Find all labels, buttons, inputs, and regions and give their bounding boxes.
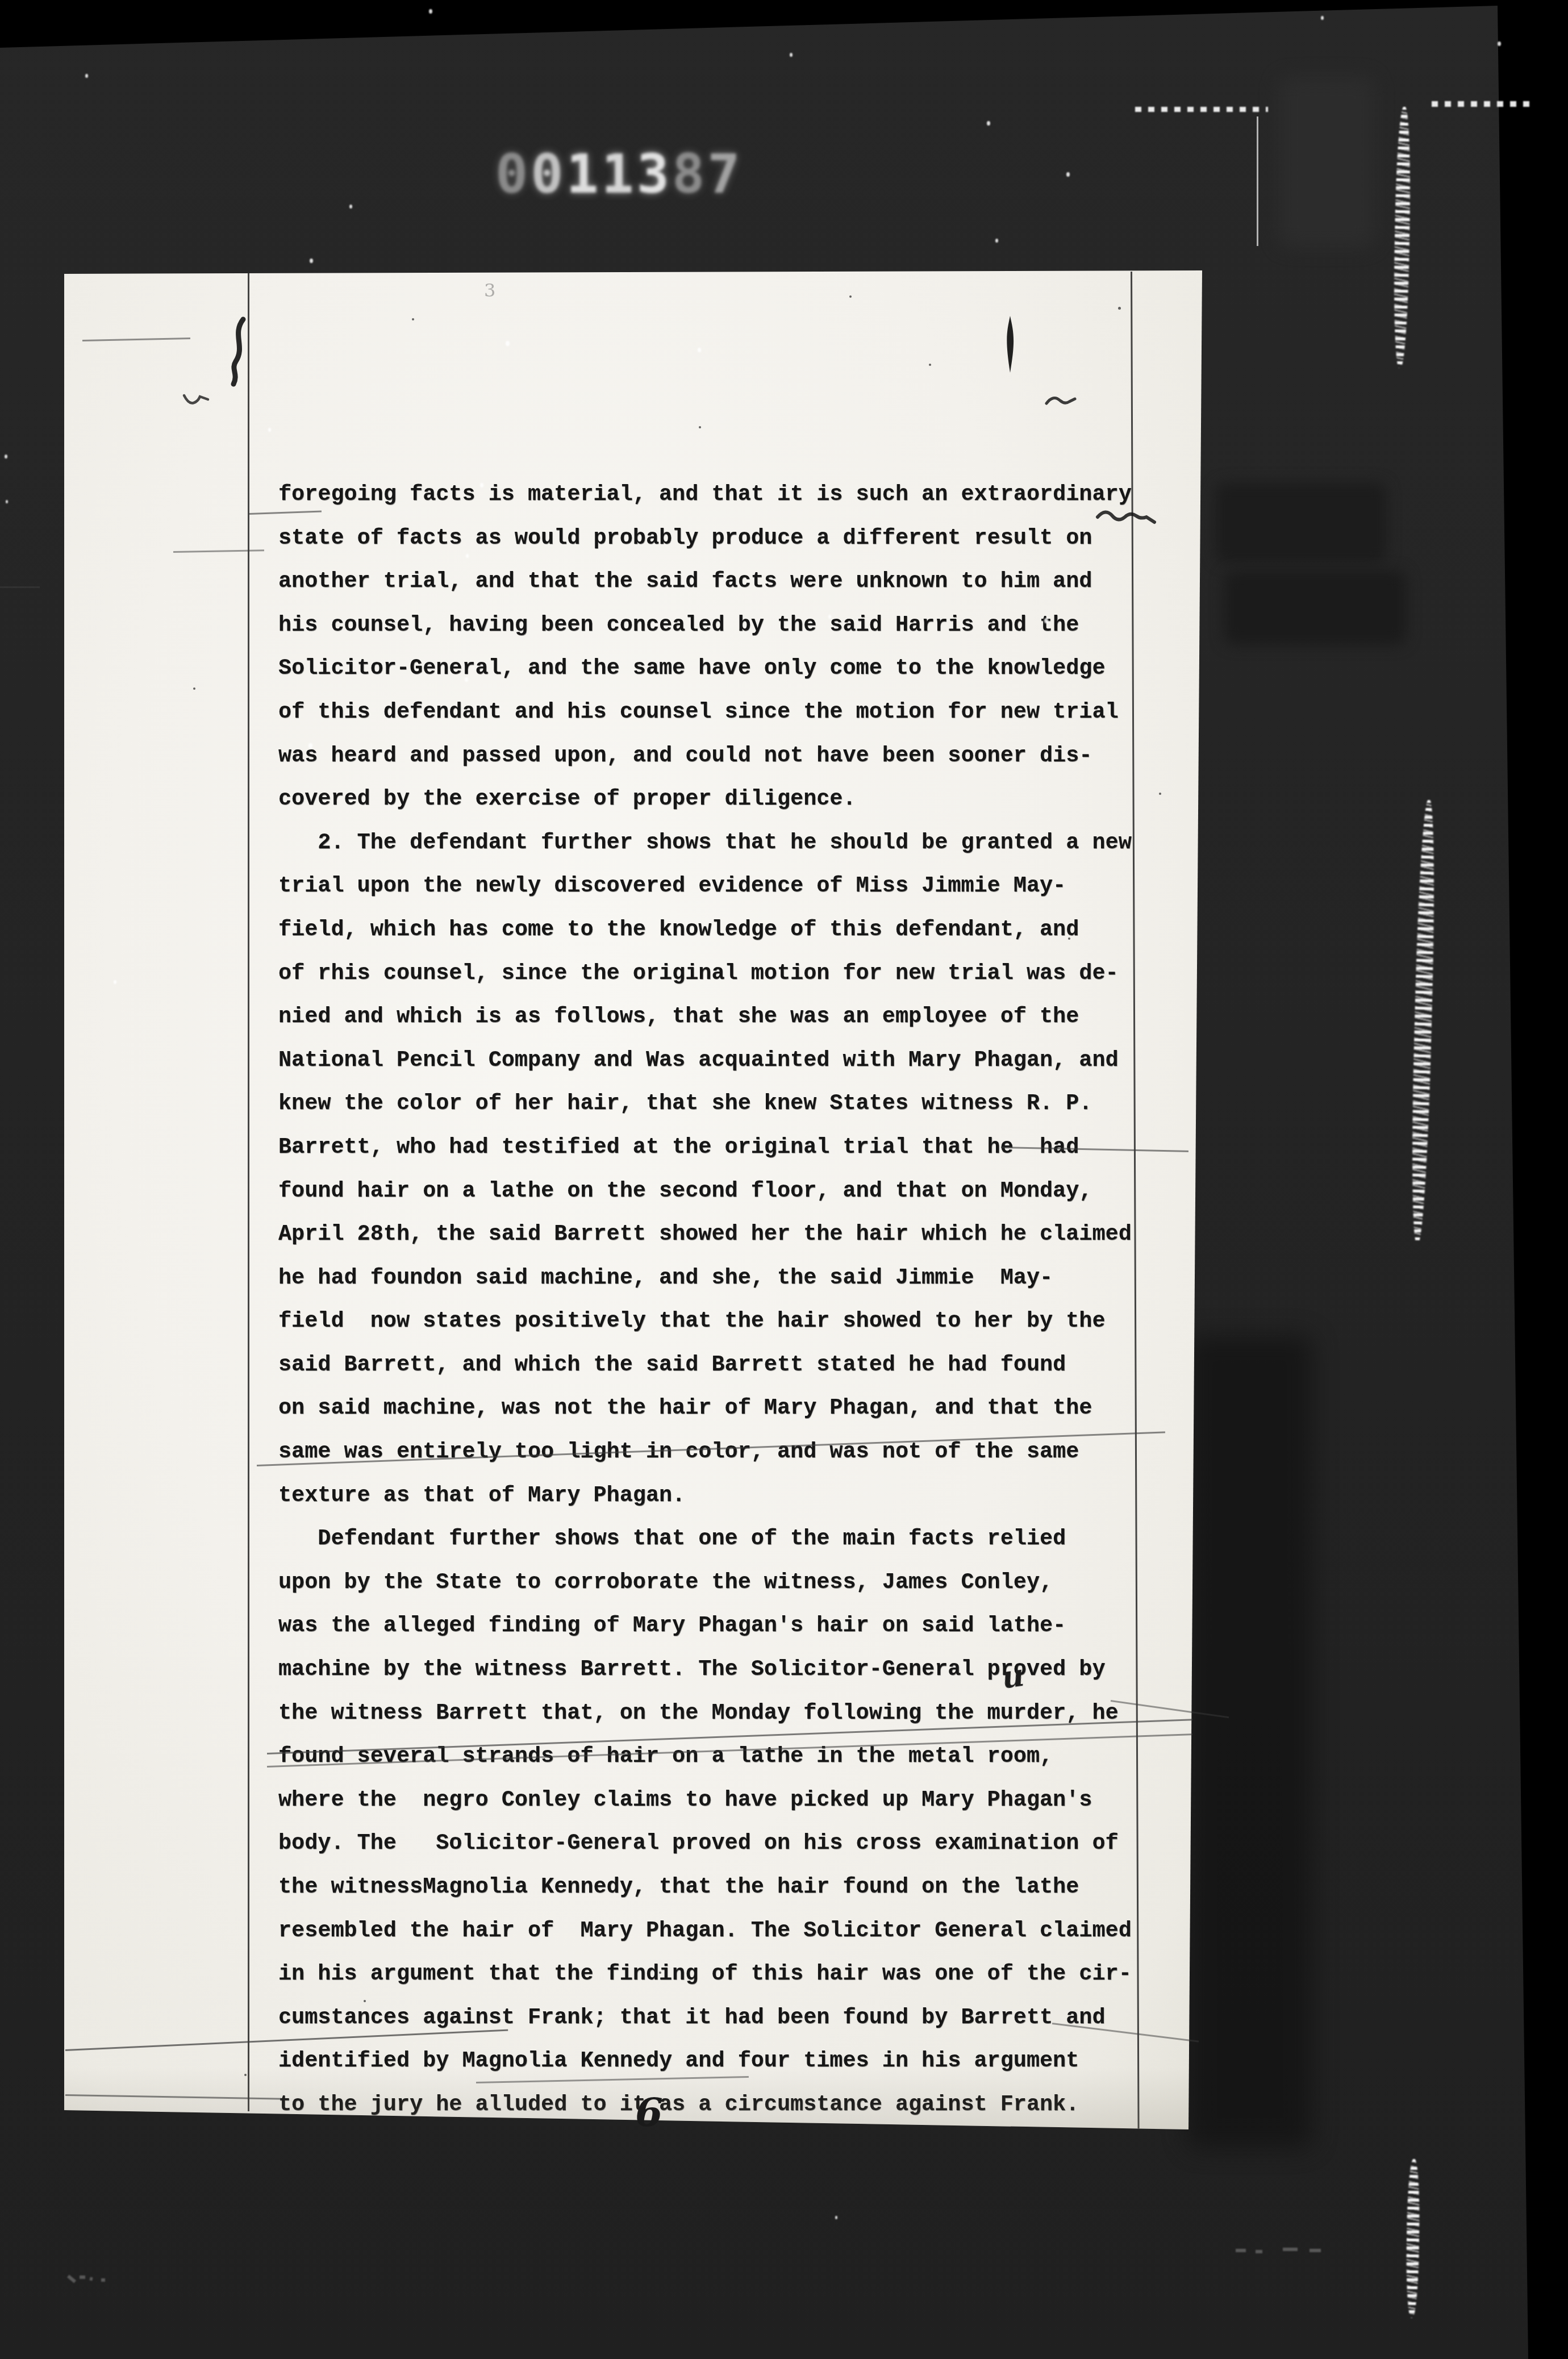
typed-line: where the negro Conley claims to have pi…	[278, 1778, 1199, 1822]
film-speck	[1066, 172, 1070, 177]
stamp-digit: 3	[637, 143, 672, 206]
page-speck	[193, 687, 195, 690]
page-speck	[929, 364, 931, 366]
page-speck	[1159, 793, 1161, 795]
typed-line: covered by the exercise of proper dilige…	[278, 777, 1199, 821]
film-speck	[1498, 41, 1501, 46]
typed-line: upon by the State to corroborate the wit…	[278, 1561, 1199, 1604]
typed-line: texture as that of Mary Phagan.	[278, 1474, 1199, 1518]
typed-line: nied and which is as follows, that she w…	[278, 995, 1199, 1039]
page-speck	[849, 295, 852, 298]
typed-line: was heard and passed upon, and could not…	[278, 734, 1199, 778]
film-speck	[268, 428, 271, 432]
typed-line: in his argument that the finding of this…	[278, 1952, 1199, 1996]
typed-line: National Pencil Company and Was acquaint…	[278, 1039, 1199, 1082]
page-speck	[699, 426, 701, 428]
typed-line: trial upon the newly discovered evidence…	[278, 864, 1199, 908]
film-gray-mark	[101, 2278, 105, 2282]
film-speck	[480, 483, 483, 487]
film-speck	[466, 554, 469, 558]
document-page: foregoing facts is material, and that it…	[64, 269, 1206, 2135]
page-speck	[659, 1972, 661, 1974]
typed-line: said Barrett, and which the said Barrett…	[278, 1343, 1199, 1387]
stamp-digit: 8	[672, 143, 707, 206]
stamp-digit: 1	[602, 143, 637, 206]
typed-line: state of facts as would probably produce…	[278, 516, 1199, 560]
stamp-digit: 1	[566, 143, 601, 206]
typed-line: found several strands of hair on a lathe…	[278, 1735, 1199, 1778]
page-speck	[244, 2074, 247, 2076]
film-gray-mark	[80, 2275, 85, 2279]
typed-line: foregoing facts is material, and that it…	[278, 473, 1199, 516]
film-speck	[5, 455, 7, 459]
typed-text: foregoing facts is material, and that it…	[278, 473, 1199, 2127]
typed-line: 2. The defendant further shows that he s…	[278, 821, 1199, 865]
film-speck	[310, 259, 313, 263]
film-speck	[828, 615, 831, 619]
typed-line: another trial, and that the said facts w…	[278, 560, 1199, 603]
typed-line: the witness Barrett that, on the Monday …	[278, 1691, 1199, 1735]
typed-line: field now states positively that the hai…	[278, 1299, 1199, 1343]
typed-line: resembled the hair of Mary Phagan. The S…	[278, 1909, 1199, 1953]
film-speck	[790, 53, 793, 57]
film-speck	[995, 239, 998, 243]
page-speck	[364, 2000, 366, 2002]
film-speck	[465, 677, 468, 682]
typed-line: found hair on a lathe on the second floo…	[278, 1169, 1199, 1213]
film-gray-mark	[1236, 2249, 1246, 2252]
page-speck	[1068, 937, 1070, 940]
film-speck	[429, 9, 432, 14]
film-speck	[85, 74, 88, 78]
typed-line: machine by the witness Barrett. The Soli…	[278, 1648, 1199, 1691]
stamp-digit: 0	[495, 143, 531, 206]
typed-line: of this defendant and his counsel since …	[278, 690, 1199, 734]
stamp-number: 0011387	[495, 143, 743, 206]
film-speck	[506, 341, 510, 346]
film-speck	[698, 348, 701, 352]
typed-line: the witnessMagnolia Kennedy, that the ha…	[278, 1865, 1199, 1909]
typed-line: of rhis counsel, since the original moti…	[278, 952, 1199, 995]
film-speck	[1044, 618, 1048, 623]
film-speck	[1321, 16, 1324, 20]
typed-line: field, which has come to the knowledge o…	[278, 908, 1199, 952]
film-streak	[1135, 107, 1268, 112]
stamp-digit: 7	[707, 143, 743, 206]
typed-line: on said machine, was not the hair of Mar…	[278, 1386, 1199, 1430]
film-speck	[987, 121, 990, 126]
scratch-line	[0, 586, 40, 588]
typed-line: Solicitor-General, and the same have onl…	[278, 647, 1199, 690]
film-gray-mark	[1283, 2248, 1298, 2251]
film-speck	[6, 500, 8, 503]
typed-line: his counsel, having been concealed by th…	[278, 603, 1199, 647]
film-speck	[114, 980, 116, 984]
page-speck	[412, 318, 414, 320]
film-streak	[1257, 116, 1258, 246]
typed-line: was the alleged finding of Mary Phagan's…	[278, 1604, 1199, 1648]
left-margin-rule	[248, 272, 249, 2111]
film-gray-mark	[1256, 2250, 1262, 2253]
film-speck	[349, 205, 352, 209]
typed-line: April 28th, the said Barrett showed her …	[278, 1212, 1199, 1256]
film-speck	[835, 2216, 837, 2219]
film-gray-mark	[1310, 2249, 1321, 2252]
typed-line: Defendant further shows that one of the …	[278, 1517, 1199, 1561]
film-streak	[1432, 101, 1533, 107]
stamp-digit: 0	[531, 143, 566, 206]
typed-line: knew the color of her hair, that she kne…	[278, 1082, 1199, 1126]
typed-line: cumstances against Frank; that it had be…	[278, 1996, 1199, 2040]
page-speck	[1118, 307, 1121, 310]
film-speck	[308, 743, 312, 748]
typed-line: body. The Solicitor-General proved on hi…	[278, 1822, 1199, 1865]
typed-line: he had foundon said machine, and she, th…	[278, 1256, 1199, 1300]
page-speck	[557, 2119, 560, 2122]
